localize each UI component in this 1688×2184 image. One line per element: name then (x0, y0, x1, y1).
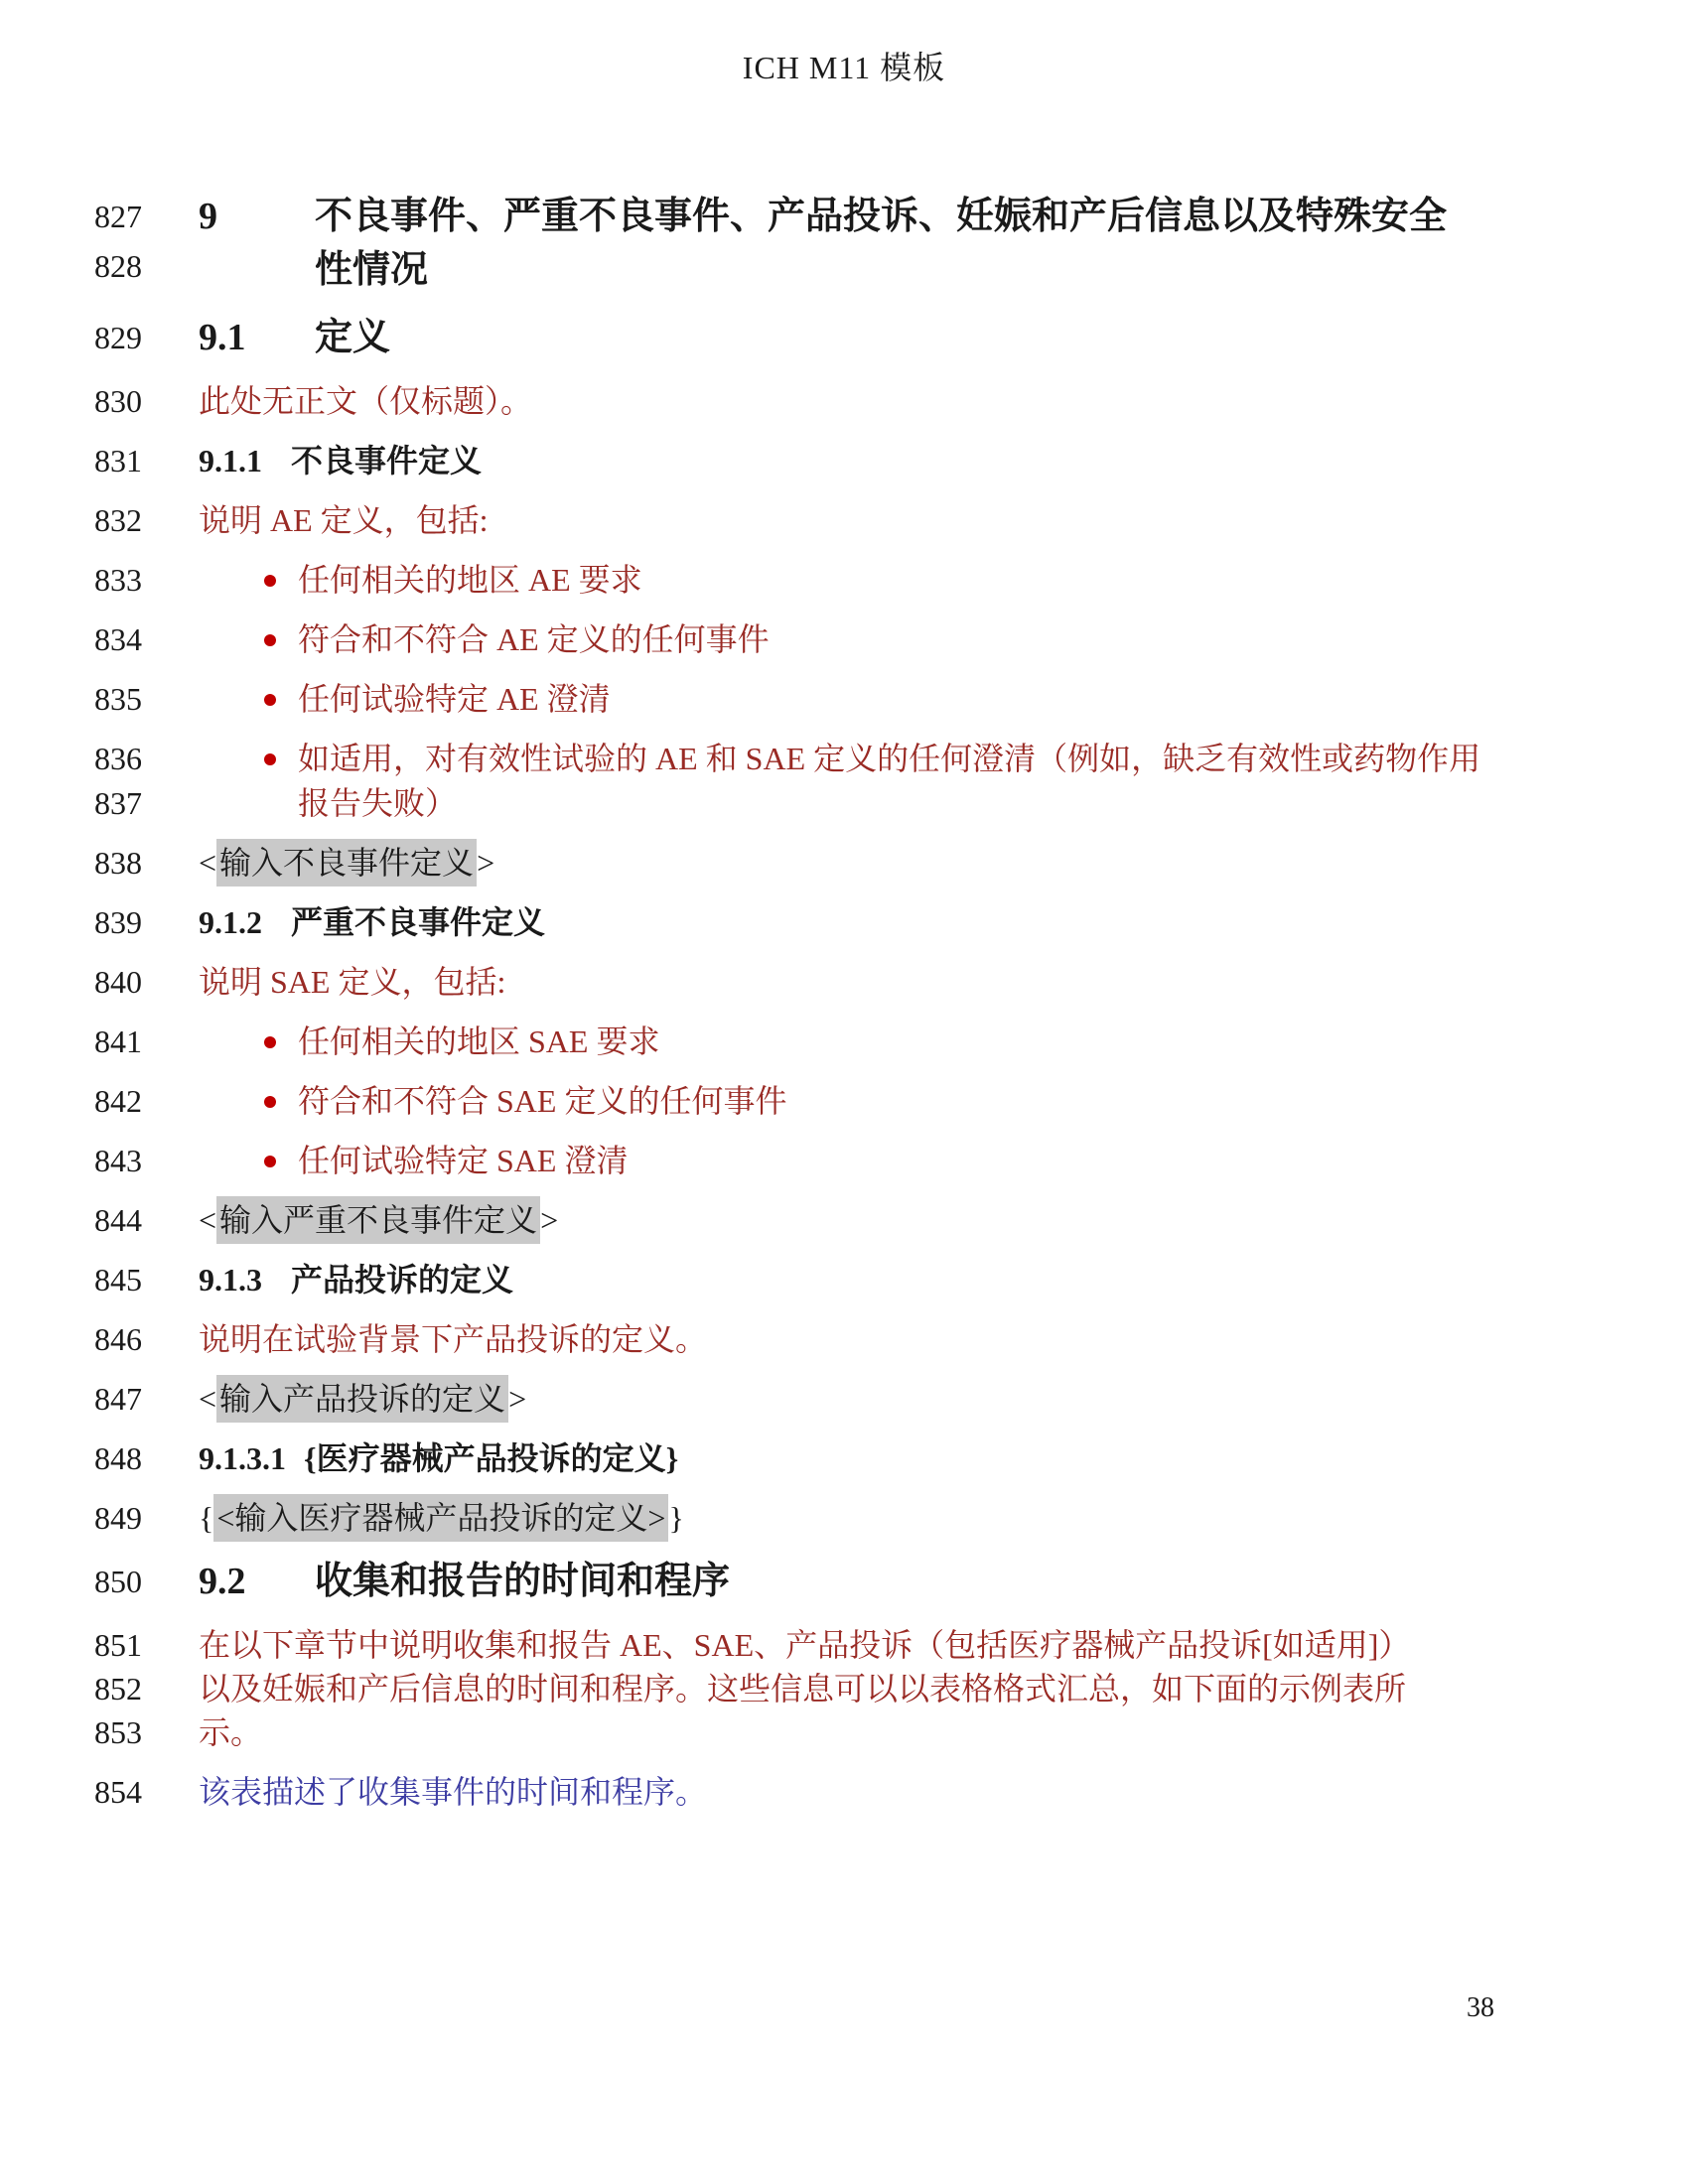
page-number: 38 (94, 1990, 1494, 2026)
bullet-text: 任何相关的地区 AE 要求 (298, 562, 642, 598)
placeholder-field[interactable]: 输入产品投诉的定义 (216, 1375, 508, 1423)
bullet-item-continuation: 报告失败） (199, 781, 457, 825)
line-number: 833 (94, 558, 144, 602)
heading-text: 定义 (315, 317, 390, 358)
line-846: 846 说明在试验背景下产品投诉的定义。 (94, 1317, 1494, 1361)
line-number: 848 (94, 1436, 144, 1480)
subsection-heading: 9.1.3产品投诉的定义 (199, 1258, 513, 1301)
line-831: 831 9.1.1不良事件定义 (94, 439, 1494, 482)
angle-bracket-open: < (199, 1381, 216, 1417)
heading-number: 9.1.3.1 (199, 1436, 286, 1480)
bullet-icon (264, 694, 276, 706)
line-845: 845 9.1.3产品投诉的定义 (94, 1258, 1494, 1301)
line-number: 828 (94, 244, 144, 288)
line-number: 834 (94, 617, 144, 661)
line-number: 846 (94, 1317, 144, 1361)
bullet-item: 如适用，对有效性试验的 AE 和 SAE 定义的任何澄清（例如，缺乏有效性或药物… (199, 737, 1480, 780)
line-836: 836 如适用，对有效性试验的 AE 和 SAE 定义的任何澄清（例如，缺乏有效… (94, 737, 1494, 780)
line-number: 852 (94, 1667, 144, 1710)
line-843: 843 任何试验特定 SAE 澄清 (94, 1139, 1494, 1182)
line-number: 838 (94, 841, 144, 885)
instruction-text: 说明 AE 定义，包括: (199, 498, 489, 542)
bullet-text: 任何试验特定 SAE 澄清 (298, 1143, 628, 1178)
bullet-icon (264, 1096, 276, 1108)
angle-bracket-open: < (199, 845, 216, 881)
line-847: 847 <输入产品投诉的定义> (94, 1377, 1494, 1421)
line-828: 828 性情况 (94, 244, 1494, 296)
section-heading: 9.2收集和报告的时间和程序 (199, 1556, 730, 1607)
line-number: 845 (94, 1258, 144, 1301)
bullet-item: 任何试验特定 SAE 澄清 (199, 1139, 628, 1182)
angle-bracket-close: > (540, 1202, 558, 1238)
heading-text: 收集和报告的时间和程序 (315, 1561, 730, 1602)
line-number: 850 (94, 1556, 144, 1607)
line-833: 833 任何相关的地区 AE 要求 (94, 558, 1494, 602)
angle-bracket-open: < (199, 1202, 216, 1238)
bullet-item: 任何相关的地区 SAE 要求 (199, 1020, 659, 1063)
bullet-text: 如适用，对有效性试验的 AE 和 SAE 定义的任何澄清（例如，缺乏有效性或药物… (298, 741, 1480, 776)
line-number: 840 (94, 960, 144, 1004)
instruction-text-continuation: 示。 (199, 1710, 262, 1754)
heading-number: 9.2 (199, 1556, 315, 1607)
line-849: 849 {<输入医疗器械产品投诉的定义>} (94, 1496, 1494, 1540)
heading-number: 9.1.1 (199, 439, 291, 482)
bullet-text: 任何相关的地区 SAE 要求 (298, 1024, 659, 1059)
heading-number: 9.1.2 (199, 900, 291, 944)
line-854: 854 该表描述了收集事件的时间和程序。 (94, 1770, 1494, 1814)
curly-brace-open: { (199, 1500, 213, 1536)
line-834: 834 符合和不符合 AE 定义的任何事件 (94, 617, 1494, 661)
line-number: 829 (94, 312, 144, 363)
heading-text: 不良事件定义 (291, 443, 482, 478)
line-number: 844 (94, 1198, 144, 1242)
line-835: 835 任何试验特定 AE 澄清 (94, 677, 1494, 721)
line-837: 837 报告失败） (94, 781, 1494, 825)
bullet-text: 符合和不符合 SAE 定义的任何事件 (298, 1083, 786, 1119)
angle-bracket-close: > (477, 845, 494, 881)
line-number: 830 (94, 379, 144, 423)
bullet-text: 任何试验特定 AE 澄清 (298, 681, 611, 717)
line-840: 840 说明 SAE 定义，包括: (94, 960, 1494, 1004)
placeholder-line: <输入产品投诉的定义> (199, 1377, 526, 1421)
line-838: 838 <输入不良事件定义> (94, 841, 1494, 885)
page-header: ICH M11 模板 (194, 48, 1494, 87)
line-number: 839 (94, 900, 144, 944)
subsection-heading: 9.1.1不良事件定义 (199, 439, 482, 482)
section-heading-continuation: 性情况 (199, 244, 428, 296)
line-830: 830 此处无正文（仅标题）。 (94, 379, 1494, 423)
bullet-icon (264, 634, 276, 646)
instruction-text: 此处无正文（仅标题）。 (199, 379, 532, 423)
line-number: 836 (94, 737, 144, 780)
line-number: 853 (94, 1710, 144, 1754)
angle-bracket-close: > (508, 1381, 526, 1417)
line-829: 829 9.1定义 (94, 312, 1494, 363)
line-number: 831 (94, 439, 144, 482)
line-841: 841 任何相关的地区 SAE 要求 (94, 1020, 1494, 1063)
instruction-text-continuation: 以及妊娠和产后信息的时间和程序。这些信息可以以表格格式汇总，如下面的示例表所 (199, 1667, 1406, 1710)
line-842: 842 符合和不符合 SAE 定义的任何事件 (94, 1079, 1494, 1123)
line-number: 841 (94, 1020, 144, 1063)
document-page: ICH M11 模板 827 9不良事件、严重不良事件、产品投诉、妊娠和产后信息… (0, 0, 1688, 2184)
heading-text: 产品投诉的定义 (291, 1262, 513, 1297)
line-number: 849 (94, 1496, 144, 1540)
heading-number: 9.1 (199, 312, 315, 363)
placeholder-field[interactable]: <输入医疗器械产品投诉的定义> (213, 1494, 668, 1542)
subsection-heading: 9.1.2严重不良事件定义 (199, 900, 545, 944)
instruction-text: 说明 SAE 定义，包括: (199, 960, 505, 1004)
section-heading: 9.1定义 (199, 312, 390, 363)
line-851: 851 在以下章节中说明收集和报告 AE、SAE、产品投诉（包括医疗器械产品投诉… (94, 1623, 1494, 1667)
bullet-icon (264, 753, 276, 765)
line-852: 852 以及妊娠和产后信息的时间和程序。这些信息可以以表格格式汇总，如下面的示例… (94, 1667, 1494, 1710)
line-848: 848 9.1.3.1{医疗器械产品投诉的定义} (94, 1436, 1494, 1480)
placeholder-field[interactable]: 输入严重不良事件定义 (216, 1196, 540, 1244)
heading-number: 9.1.3 (199, 1258, 291, 1301)
line-850: 850 9.2收集和报告的时间和程序 (94, 1556, 1494, 1607)
bullet-item: 任何试验特定 AE 澄清 (199, 677, 611, 721)
placeholder-line: {<输入医疗器械产品投诉的定义>} (199, 1496, 684, 1540)
heading-text: {医疗器械产品投诉的定义} (304, 1440, 678, 1476)
line-number: 842 (94, 1079, 144, 1123)
bullet-item: 任何相关的地区 AE 要求 (199, 558, 642, 602)
bullet-icon (264, 1036, 276, 1048)
line-832: 832 说明 AE 定义，包括: (94, 498, 1494, 542)
section-heading: 9不良事件、严重不良事件、产品投诉、妊娠和产后信息以及特殊安全 (199, 191, 1447, 242)
instruction-text: 在以下章节中说明收集和报告 AE、SAE、产品投诉（包括医疗器械产品投诉[如适用… (199, 1623, 1410, 1667)
line-839: 839 9.1.2严重不良事件定义 (94, 900, 1494, 944)
line-827: 827 9不良事件、严重不良事件、产品投诉、妊娠和产后信息以及特殊安全 (94, 191, 1494, 242)
line-number: 835 (94, 677, 144, 721)
curly-brace-close: } (668, 1500, 683, 1536)
line-number: 827 (94, 191, 144, 242)
line-number: 843 (94, 1139, 144, 1182)
subsubsection-heading: 9.1.3.1{医疗器械产品投诉的定义} (199, 1436, 678, 1480)
bullet-text: 符合和不符合 AE 定义的任何事件 (298, 621, 770, 657)
line-number: 851 (94, 1623, 144, 1667)
line-number: 832 (94, 498, 144, 542)
heading-number: 9 (199, 191, 315, 242)
line-number: 837 (94, 781, 144, 825)
heading-text: 严重不良事件定义 (291, 904, 545, 940)
bullet-item: 符合和不符合 AE 定义的任何事件 (199, 617, 770, 661)
bullet-icon (264, 1156, 276, 1167)
placeholder-line: <输入不良事件定义> (199, 841, 494, 885)
heading-text: 不良事件、严重不良事件、产品投诉、妊娠和产后信息以及特殊安全 (315, 196, 1447, 237)
line-number: 847 (94, 1377, 144, 1421)
line-number: 854 (94, 1770, 144, 1814)
instruction-text: 说明在试验背景下产品投诉的定义。 (199, 1317, 707, 1361)
placeholder-line: <输入严重不良事件定义> (199, 1198, 558, 1242)
line-853: 853 示。 (94, 1710, 1494, 1754)
bullet-item: 符合和不符合 SAE 定义的任何事件 (199, 1079, 786, 1123)
line-844: 844 <输入严重不良事件定义> (94, 1198, 1494, 1242)
placeholder-field[interactable]: 输入不良事件定义 (216, 839, 477, 887)
bullet-icon (264, 575, 276, 587)
body-text: 该表描述了收集事件的时间和程序。 (199, 1770, 707, 1814)
